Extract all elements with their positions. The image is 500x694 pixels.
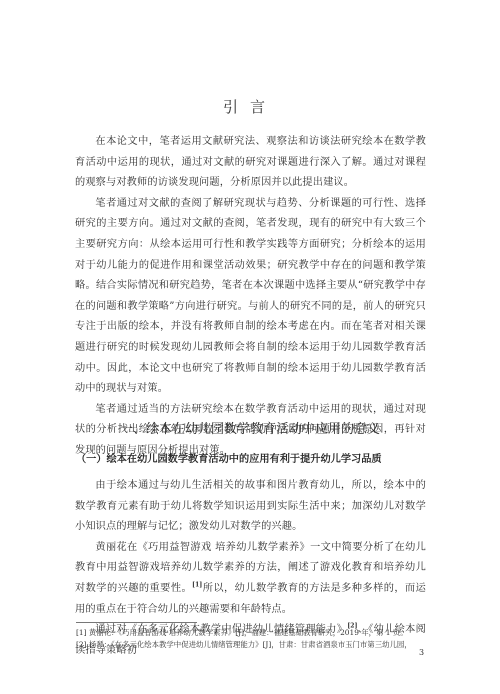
footnote-ref-1[interactable]: [1]: [192, 582, 202, 589]
document-page: 引言 在本论文中，笔者运用文献研究法、观察法和访谈法研究绘本在数学教育活动中运用…: [0, 0, 500, 694]
subsection-heading: （一）绘本在幼儿园数学教育活动中的应用有利于提升幼儿学习品质: [76, 450, 382, 465]
body-paragraph-1: 由于绘本通过与幼儿生活相关的故事和图片教育幼儿，所以，绘本中的数学教育元素有助于…: [75, 476, 426, 538]
footnote-divider: [76, 622, 197, 623]
page-title: 引言: [0, 96, 500, 117]
footnote-1: [1] 黄丽花：《巧用益智游戏 培养幼儿数学素养》[J]，福建：福建基础教育研究…: [76, 627, 436, 639]
body-paragraph-2: 黄丽花在《巧用益智游戏 培养幼儿数学素养》一文中简要分析了在幼儿教育中用益智游戏…: [75, 538, 426, 620]
intro-section: 在本论文中，笔者运用文献研究法、观察法和访谈法研究绘本在数学教育活动中运用的现状…: [75, 132, 426, 462]
intro-paragraph-2: 笔者通过对文献的查阅了解研究现状与趋势、分析课题的可行性、选择研究的主要方向。通…: [75, 194, 426, 400]
intro-paragraph-1: 在本论文中，笔者运用文献研究法、观察法和访谈法研究绘本在数学教育活动中运用的现状…: [75, 132, 426, 194]
page-number: 3: [419, 648, 424, 657]
footnote-2: [2] 杨琴：《在多元化绘本教学中促进幼儿情绪管理能力》[J]，甘肃：甘肃省酒泉…: [76, 639, 436, 651]
section-heading: 一、绘本在幼儿园数学教育活动中应用的意义: [0, 418, 500, 437]
footnotes: [1] 黄丽花：《巧用益智游戏 培养幼儿数学素养》[J]，福建：福建基础教育研究…: [76, 627, 436, 651]
